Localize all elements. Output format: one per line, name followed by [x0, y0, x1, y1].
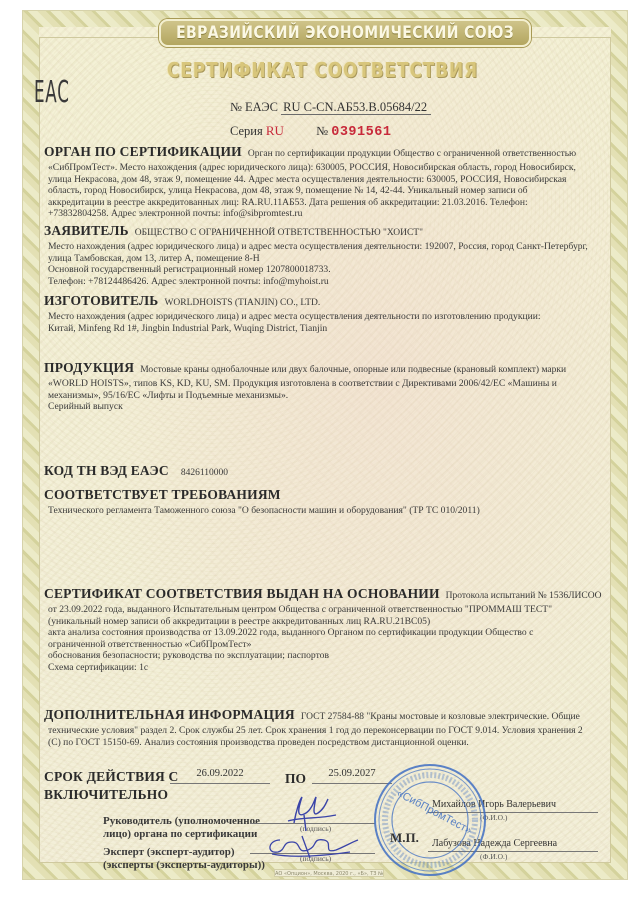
conformity-heading: СООТВЕТСТВУЕТ ТРЕБОВАНИЯМ [44, 487, 614, 503]
text-line: улица Тамбовская, дом 13, литер А, помещ… [48, 253, 614, 265]
certification-body-heading: ОРГАН ПО СЕРТИФИКАЦИИ [44, 144, 242, 159]
form-number-label: № [316, 124, 328, 138]
text-line: Технического регламента Таможенного союз… [48, 505, 614, 517]
head-label-line: Руководитель (уполномоченное [103, 815, 260, 828]
applicant-section: ЗАЯВИТЕЛЬОБЩЕСТВО С ОГРАНИЧЕННОЙ ОТВЕТСТ… [44, 222, 614, 287]
text-line: «СибПромТест». Место нахождения (адрес ю… [48, 162, 614, 174]
text-line: ограниченной ответственностью «СибПромТе… [48, 639, 614, 651]
validity-heading-from: СРОК ДЕЙСТВИЯ С [44, 768, 179, 786]
product-heading: ПРОДУКЦИЯ [44, 360, 134, 375]
basis-lead: Протокола испытаний № 1536ЛИСОО [446, 591, 602, 601]
head-of-body-label: Руководитель (уполномоченное лицо) орган… [103, 815, 260, 841]
manufacturer-text: Место нахождения (адрес юридического лиц… [44, 311, 614, 334]
text-line: обоснования безопасности; руководства по… [48, 650, 614, 662]
validity-heading-inclusive: ВКЛЮЧИТЕЛЬНО [44, 786, 179, 804]
product-section: ПРОДУКЦИЯМостовые краны однобалочные или… [44, 359, 614, 413]
certification-body-lead: Орган по сертификации продукции Общество… [248, 149, 576, 159]
additional-info-section: ДОПОЛНИТЕЛЬНАЯ ИНФОРМАЦИЯГОСТ 27584-88 "… [44, 706, 614, 748]
additional-info-text: технические условия" раздел 2. Срок служ… [44, 725, 614, 748]
product-lead: Мостовые краны однобалочные или двух бал… [140, 365, 566, 375]
text-line: Серийный выпуск [48, 401, 614, 413]
text-line: технические условия" раздел 2. Срок служ… [48, 725, 614, 737]
text-line: от 23.09.2022 года, выданного Испытатель… [48, 604, 614, 616]
head-label-line: лицо) органа по сертификации [103, 828, 260, 841]
applicant-heading: ЗАЯВИТЕЛЬ [44, 223, 129, 238]
valid-from-date: 26.09.2022 [170, 768, 270, 784]
text-line: «WORLD HOISTS», типов KS, KD, KU, SM. Пр… [48, 378, 614, 390]
text-line: область, город Новосибирск, улица Некрас… [48, 185, 614, 197]
certificate-sheet: ЕВРАЗИЙСКИЙ ЭКОНОМИЧЕСКИЙ СОЮЗ [22, 10, 628, 880]
certification-body-section: ОРГАН ПО СЕРТИФИКАЦИИОрган по сертификац… [44, 143, 614, 220]
text-line: улица Некрасова, дом 48, этаж 9, помещен… [48, 174, 614, 186]
series-line: Серия RU № 0391561 [230, 123, 391, 140]
manufacturer-heading: ИЗГОТОВИТЕЛЬ [44, 293, 158, 308]
text-line: +73832804258. Адрес электронной почты: i… [48, 208, 614, 220]
seal-label: М.П. [390, 830, 419, 846]
text-line: (уникальный номер записи об аккредитации… [48, 616, 614, 628]
text-line: Место нахождения (адрес юридического лиц… [48, 241, 614, 253]
text-line: аккредитации в реестре аккредитованных л… [48, 197, 614, 209]
certificate-title: СЕРТИФИКАТ СООТВЕТСТВИЯ [167, 58, 473, 82]
basis-text: от 23.09.2022 года, выданного Испытатель… [44, 604, 614, 674]
union-banner: ЕВРАЗИЙСКИЙ ЭКОНОМИЧЕСКИЙ СОЮЗ [159, 19, 531, 47]
seal-stamp-icon: «СибПромТест» [372, 762, 488, 878]
hs-code-heading: КОД ТН ВЭД ЕАЭС [44, 463, 169, 478]
text-line: Схема сертификации: 1с [48, 662, 614, 674]
manufacturer-name: WORLDHOISTS (TIANJIN) CO., LTD. [164, 298, 320, 308]
form-number-value: 0391561 [331, 125, 391, 140]
registration-value: RU C-CN.АБ53.В.05684/22 [281, 100, 431, 115]
hs-code-section: КОД ТН ВЭД ЕАЭС8426110000 [44, 462, 614, 480]
union-banner-text: ЕВРАЗИЙСКИЙ ЭКОНОМИЧЕСКИЙ СОЮЗ [176, 23, 514, 43]
registration-label: № ЕАЭС [230, 100, 278, 114]
conformity-section: СООТВЕТСТВУЕТ ТРЕБОВАНИЯМ Технического р… [44, 487, 614, 517]
head-signature-icon [282, 793, 342, 833]
basis-heading: СЕРТИФИКАТ СООТВЕТСТВИЯ ВЫДАН НА ОСНОВАН… [44, 586, 440, 601]
validity-section: СРОК ДЕЙСТВИЯ С ВКЛЮЧИТЕЛЬНО [44, 768, 179, 804]
additional-info-lead: ГОСТ 27584-88 "Краны мостовые и козловые… [301, 712, 580, 722]
text-line: акта анализа состояния производства от 1… [48, 627, 614, 639]
expert-label-line: Эксперт (эксперт-аудитор) [103, 846, 265, 859]
series-value: RU [266, 123, 284, 138]
additional-info-heading: ДОПОЛНИТЕЛЬНАЯ ИНФОРМАЦИЯ [44, 707, 295, 722]
valid-to-label: ПО [285, 771, 306, 787]
conformity-text: Технического регламента Таможенного союз… [44, 505, 614, 517]
text-line: (С) по ГОСТ 15150-69. Анализ состояния п… [48, 737, 614, 749]
hs-code-value: 8426110000 [181, 468, 228, 478]
series-label: Серия [230, 124, 263, 138]
eac-logo-icon: ЕАС [34, 75, 70, 110]
certification-body-text: «СибПромТест». Место нахождения (адрес ю… [44, 162, 614, 220]
registration-number: № ЕАЭС RU C-CN.АБ53.В.05684/22 [230, 100, 431, 115]
expert-label: Эксперт (эксперт-аудитор) (эксперты (экс… [103, 846, 265, 872]
text-line: Китай, Minfeng Rd 1#, Jingbin Industrial… [48, 323, 614, 335]
product-text: «WORLD HOISTS», типов KS, KD, KU, SM. Пр… [44, 378, 614, 413]
text-line: Телефон: +78124486426. Адрес электронной… [48, 276, 614, 288]
basis-section: СЕРТИФИКАТ СООТВЕТСТВИЯ ВЫДАН НА ОСНОВАН… [44, 585, 614, 674]
text-line: механизмы», 95/16/ЕС «Лифты и Подъемные … [48, 390, 614, 402]
manufacturer-section: ИЗГОТОВИТЕЛЬWORLDHOISTS (TIANJIN) CO., L… [44, 292, 614, 334]
text-line: Основной государственный регистрационный… [48, 264, 614, 276]
expert-signature-icon [262, 832, 362, 862]
applicant-name: ОБЩЕСТВО С ОГРАНИЧЕННОЙ ОТВЕТСТВЕННОСТЬЮ… [135, 228, 423, 238]
print-mark: АО «Опцион», Москва, 2020 г., «Б», ТЗ № … [274, 869, 384, 877]
expert-label-line: (эксперты (эксперты-аудиторы)) [103, 859, 265, 872]
text-line: Место нахождения (адрес юридического лиц… [48, 311, 614, 323]
applicant-text: Место нахождения (адрес юридического лиц… [44, 241, 614, 287]
